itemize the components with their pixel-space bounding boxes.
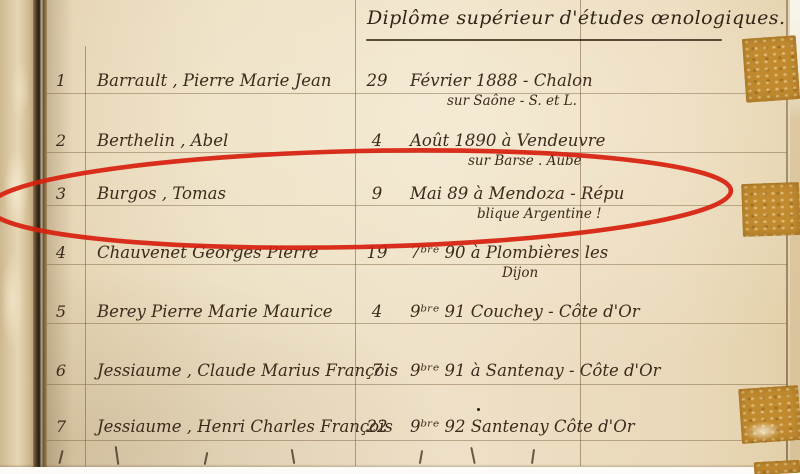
date-subline: sur Barse . Aube bbox=[468, 153, 582, 169]
day-cell: 19 bbox=[356, 243, 398, 262]
day-cell: 9 bbox=[356, 184, 398, 203]
partial-row-strokes bbox=[291, 449, 296, 464]
name-cell: Berthelin , Abel bbox=[97, 131, 228, 150]
table-row: 7 Jessiaume , Henri Charles François 22 … bbox=[0, 417, 800, 447]
tape-piece bbox=[742, 35, 800, 103]
row-number: 2 bbox=[46, 131, 76, 150]
date-cell: Mai 89 à Mendoza - Répu bbox=[410, 184, 624, 203]
table-row: 3 Burgos , Tomas 9 Mai 89 à Mendoza - Ré… bbox=[0, 184, 800, 214]
row-number: 6 bbox=[46, 361, 76, 380]
row-number: 1 bbox=[46, 71, 76, 90]
date-cell: 9ᵇʳᵉ 92 Santenay Côte d'Or bbox=[410, 417, 635, 436]
ink-speck bbox=[477, 408, 480, 411]
ledger-page: Diplôme supérieur d'études œnologiques. … bbox=[0, 0, 800, 474]
page-title: Diplôme supérieur d'études œnologiques. bbox=[367, 7, 785, 29]
row-number: 5 bbox=[46, 302, 76, 321]
day-cell: 22 bbox=[356, 417, 398, 436]
partial-row-strokes bbox=[115, 446, 120, 465]
date-subline: blique Argentine ! bbox=[477, 206, 602, 222]
day-cell: 4 bbox=[356, 131, 398, 150]
tape-piece bbox=[738, 385, 800, 444]
table-row: 1 Barrault , Pierre Marie Jean 29 Févrie… bbox=[0, 71, 800, 101]
table-row: 2 Berthelin , Abel 4 Août 1890 à Vendeuv… bbox=[0, 131, 800, 161]
day-cell: 4 bbox=[356, 302, 398, 321]
header-underline bbox=[366, 39, 722, 41]
row-number: 4 bbox=[46, 243, 76, 262]
day-cell: 29 bbox=[356, 71, 398, 90]
table-row: 5 Berey Pierre Marie Maurice 4 9ᵇʳᵉ 91 C… bbox=[0, 302, 800, 332]
name-cell: Berey Pierre Marie Maurice bbox=[97, 302, 332, 321]
date-cell: 9ᵇʳᵉ 91 Couchey - Côte d'Or bbox=[410, 302, 640, 321]
table-row: 4 Chauvenet Georges Pierre 19 7ᵇʳᵉ 90 à … bbox=[0, 243, 800, 273]
date-cell: 7ᵇʳᵉ 90 à Plombières les bbox=[410, 243, 608, 262]
date-subline: sur Saône - S. et L. bbox=[447, 93, 577, 109]
partial-row-strokes bbox=[419, 450, 423, 464]
row-number: 3 bbox=[46, 184, 76, 203]
name-cell: Barrault , Pierre Marie Jean bbox=[97, 71, 332, 90]
date-cell: Août 1890 à Vendeuvre bbox=[410, 131, 605, 150]
name-cell: Jessiaume , Henri Charles François bbox=[97, 417, 393, 436]
name-cell: Chauvenet Georges Pierre bbox=[97, 243, 319, 262]
column-rule bbox=[355, 0, 356, 466]
partial-row-strokes bbox=[470, 447, 475, 464]
day-cell: 7 bbox=[356, 361, 398, 380]
partial-row-strokes bbox=[204, 452, 209, 465]
date-cell: Février 1888 - Chalon bbox=[410, 71, 593, 90]
column-rule bbox=[580, 0, 581, 466]
tape-piece bbox=[741, 182, 800, 237]
row-number: 7 bbox=[46, 417, 76, 436]
scan-bottom-edge bbox=[0, 467, 800, 474]
date-subline: Dijon bbox=[502, 265, 538, 281]
tape-piece bbox=[754, 460, 800, 474]
name-cell: Burgos , Tomas bbox=[97, 184, 226, 203]
partial-row-strokes bbox=[531, 449, 535, 464]
date-cell: 9ᵇʳᵉ 91 à Santenay - Côte d'Or bbox=[410, 361, 661, 380]
name-cell: Jessiaume , Claude Marius François bbox=[97, 361, 398, 380]
table-row: 6 Jessiaume , Claude Marius François 7 9… bbox=[0, 361, 800, 391]
